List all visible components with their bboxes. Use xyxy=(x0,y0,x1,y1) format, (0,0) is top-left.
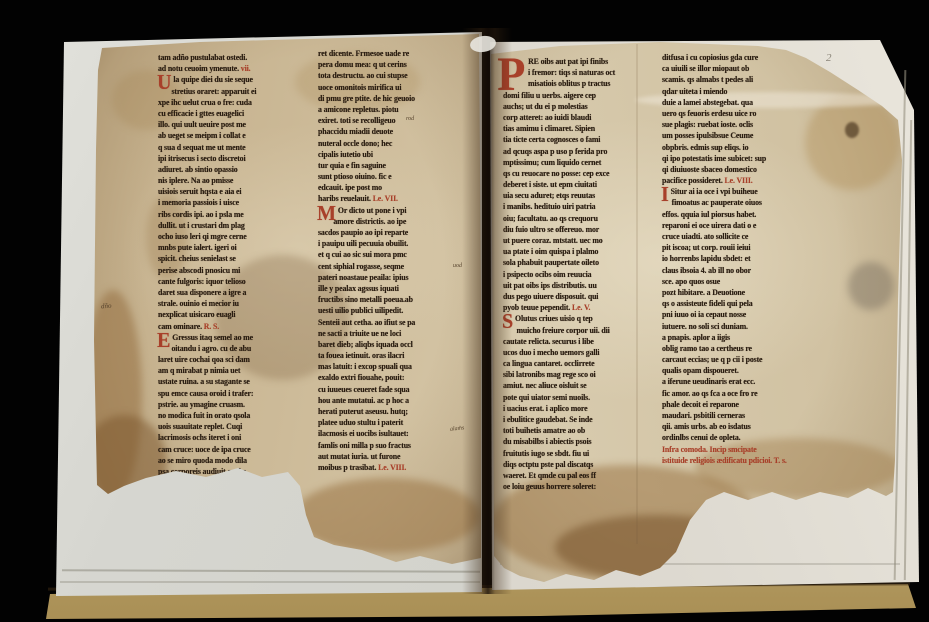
manuscript-text-line: pozt hibitare. a Deuotione xyxy=(662,287,811,298)
manuscript-text-line: fic amor. ao qs fca a oce fro re xyxy=(662,388,811,399)
manuscript-text-line: qii. amis urbs. ab eo isdatus xyxy=(662,421,811,432)
manuscript-text-line: ipi itrisecus i secto discretoi xyxy=(158,153,304,164)
manuscript-text-line: SOlutus criues uisio q tep xyxy=(503,313,649,324)
manuscript-text-line: MOr dicto ut pone i vpi xyxy=(318,205,460,216)
manuscript-text-line: perise abscodi pnosicu mi xyxy=(158,265,304,276)
manuscript-text-line: a pnapis. aplor a iigis xyxy=(662,332,811,343)
manuscript-text-line: uero qs feuoris erdesu uice ro xyxy=(662,108,811,119)
manuscript-text-line: Senteii aut cetha. ao ifiut se pa xyxy=(318,317,460,328)
manuscript-text-line: pit iscoa; ut corp. rouii ieiui xyxy=(662,242,811,253)
manuscript-text-line: dullit. ut i crustari dm plag xyxy=(158,220,304,231)
right-page-column-2: ditfusa i cu copiosius gda cureca uiuili… xyxy=(662,52,811,466)
manuscript-text-line: nis iplere. Na ao pmisse xyxy=(158,175,304,186)
manuscript-text-line: auchs; ut du ei p molestias xyxy=(503,101,649,112)
manuscript-text-line: haribs reuelauit. Le. VII. xyxy=(318,193,460,204)
manuscript-text-line: oitandu i agro. cu de abu xyxy=(158,343,304,354)
manuscript-text-line: qs o assisteute fideli qui pela xyxy=(662,298,811,309)
manuscript-text-line: sce. apo quos osue xyxy=(662,276,811,287)
manuscript-text-line: uia secu aduret; etqs reuutas xyxy=(503,190,649,201)
right-page-column-1: PRE oibs aut pat ipi finibsi fremor: tiq… xyxy=(503,56,649,492)
manuscript-text-line: phale decoit ei reparone xyxy=(662,399,811,410)
manuscript-text-line: sacdos paupio ao ipi reparte xyxy=(318,227,460,238)
manuscript-text-line: mptissimu; cum liquido cernet xyxy=(503,157,649,168)
manuscript-text-line: PRE oibs aut pat ipi finibs xyxy=(503,56,649,67)
manuscript-text-line: aut mutat iuria. ut furone xyxy=(318,451,460,462)
manuscript-text-line: herati puterut aseusu. hutq; xyxy=(318,406,460,417)
rubric-text: Le. VIII. xyxy=(725,176,753,185)
manuscript-text-line: uit pat oibs ips distributis. uu xyxy=(503,280,649,291)
manuscript-text-line: cruce uiadti. ato sollicite ce xyxy=(662,231,811,242)
manuscript-text-line: fimoatus ac pauperate oiuos xyxy=(662,197,811,208)
manuscript-text-line: pacifice possideret. Le. VIII. xyxy=(662,175,811,186)
manuscript-text-line: uois suauitate replet. Cuqi xyxy=(158,421,304,432)
rubric-text: Le. VIII. xyxy=(378,463,406,472)
manuscript-text-line: mas latuit: i excop spuali qua xyxy=(318,361,460,372)
manuscript-text-line: tias amimu i climaret. Sipien xyxy=(503,123,649,134)
manuscript-text-line: ao se miro quoda modo dila xyxy=(158,455,304,466)
stain xyxy=(848,262,894,310)
manuscript-text-line: nexplicat uisicaro euagli xyxy=(158,309,304,320)
manuscript-text-line: tur quia e fin saguine xyxy=(318,160,460,171)
manuscript-text-line: io horrenbs lapidu sbdet: et xyxy=(662,253,811,264)
manuscript-text-line: mnbs pute ialert. igeri oi xyxy=(158,242,304,253)
manuscript-text-line: claus ibsoia 4. ab ill no obor xyxy=(662,265,811,276)
manuscript-text-line: dus pego uiuere disposuit. qui xyxy=(503,291,649,302)
manuscript-text-line: cu efficacie i gttes euagelici xyxy=(158,108,304,119)
manuscript-text-line: spu emce causa oroid i trafer: xyxy=(158,388,304,399)
manuscript-text-line: ua ptate i oim quispa i plalmo xyxy=(503,246,649,257)
manuscript-text-line: fruitutis iugo se sbdt. fiu ui xyxy=(503,448,649,459)
manuscript-text-line: et q cui ao sic sui mora pmc xyxy=(318,249,460,260)
margin-note-left: dño xyxy=(101,302,112,311)
manuscript-text-line: pera domu mea: q ut cerins xyxy=(318,59,460,70)
manuscript-text-line: pateri noastaue peaila: ipius xyxy=(318,272,460,283)
manuscript-text-line: lacrimosis ochs iteret i oni xyxy=(158,432,304,443)
backing-page-edge-line xyxy=(60,581,480,583)
manuscript-text-line: qs cu reuocare no posse: cep exce xyxy=(503,168,649,179)
pencil-foliation-mark: 2 xyxy=(826,52,832,64)
manuscript-text-line: uoce omonitois mirifica ui xyxy=(318,82,460,93)
manuscript-text-line: toti buihetis amatre ao ob xyxy=(503,425,649,436)
rubric-text: R. S. xyxy=(204,322,219,331)
manuscript-text-line: daret sua disponere a igre a xyxy=(158,287,304,298)
manuscript-text-line: sunt ptioso oiuino. fic e xyxy=(318,171,460,182)
manuscript-text-line: hou ante mutatui. ac p hoc a xyxy=(318,395,460,406)
manuscript-text-line: obpbris. edmis sup eliqs. io xyxy=(662,142,811,153)
manuscript-text-line: carcaut eccias; ue q p cii i poste xyxy=(662,354,811,365)
manuscript-text-line: adiuret. ab sintio opassio xyxy=(158,164,304,175)
manuscript-text-line: amiut. nec aliuce oisluit se xyxy=(503,380,649,391)
manuscript-text-line: ordinlbs cenui de opleta. xyxy=(662,432,811,443)
manuscript-text-line: ne sacti a triuite ue ne loci xyxy=(318,328,460,339)
manuscript-text-line: pyob teuue pependit. Le. V. xyxy=(503,302,649,313)
manuscript-text-line: xpe ihc uelut crua o fre: cuda xyxy=(158,97,304,108)
manuscript-text-line: cent siphial rogasse, seqme xyxy=(318,261,460,272)
manuscript-text-line: qi ipo potestatis ime subicet: sup xyxy=(662,153,811,164)
rubric-text: vii. xyxy=(241,64,251,73)
manuscript-text-line: reparoni ei oce uirera dati o e xyxy=(662,220,811,231)
manuscript-text-line: qualis opam dispoueret. xyxy=(662,365,811,376)
manuscript-text-line: iutuere. no soli sci duniam. xyxy=(662,321,811,332)
rubric-text: Infra comoda. Incip smcipate xyxy=(662,445,757,454)
manuscript-text-line: strale. ouinio ei mecior iu xyxy=(158,298,304,309)
manuscript-text-line: corp atteret: ao iuidi blaudi xyxy=(503,112,649,123)
manuscript-text-line: cautate relicta. securus i libe xyxy=(503,336,649,347)
manuscript-text-line: no modica fuit in orato qsola xyxy=(158,410,304,421)
manuscript-text-line: pstrie. au ymagine cruasm. xyxy=(158,399,304,410)
gutter-shadow xyxy=(462,28,512,594)
rubricated-initial: E xyxy=(157,332,170,349)
manuscript-text-line: oe loiu geuus horrere soleret: xyxy=(503,481,649,492)
manuscript-text-line: tia ticte certa cognosces o fami xyxy=(503,134,649,145)
manuscript-text-line: i pauipu uili pecuuia obuilit. xyxy=(318,238,460,249)
manuscript-text-line: diqs octptu pste pal discatqs xyxy=(503,459,649,470)
manuscript-text-line: ut puere coraz. mtstatt. uec mo xyxy=(503,235,649,246)
manuscript-text-line: EGressus itaq semel ao me xyxy=(158,332,304,343)
manuscript-text-line: nuteral occle dono; hec xyxy=(318,138,460,149)
manuscript-text-line: pni iuuo oi ia cepaut nosse xyxy=(662,309,811,320)
manuscript-text-line: tam adño pustulabat ostedi. xyxy=(158,52,304,63)
rubric-text: istituide religiois ædificatu pdicioi. T… xyxy=(662,456,787,465)
manuscript-text-line: muicho freiure corpor uii. dii xyxy=(503,325,649,336)
manuscript-text-line: cam cruce: uoce de ipa cruce xyxy=(158,444,304,455)
manuscript-text-line: illo. qui uult ueuire post me xyxy=(158,119,304,130)
manuscript-text-line: maudari. psbitili cerneras xyxy=(662,410,811,421)
manuscript-text-line: sola phabuit paupertate oileto xyxy=(503,257,649,268)
manuscript-text-line: ab ueget se meipm i collat e xyxy=(158,130,304,141)
interlinear-gloss: rod xyxy=(406,116,414,122)
manuscript-text-line: oiu; facultatu. ao qs crequoru xyxy=(503,213,649,224)
manuscript-text-line: i psipecto ocibs oim reuucia xyxy=(503,269,649,280)
manuscript-text-line: moibus p trasibat. Le. VIII. xyxy=(318,462,460,473)
manuscript-text-line: am q mirabat p nimia uet xyxy=(158,365,304,376)
manuscript-text-line: uisiois seruit hqsta e aia ei xyxy=(158,186,304,197)
manuscript-text-line: famlis oni milla p suo fractus xyxy=(318,440,460,451)
manuscript-text-line: ISitur ai ia oce i vpi buiheue xyxy=(662,186,811,197)
manuscript-text-line: ad qcuqs aspa p uso p ferida pro xyxy=(503,146,649,157)
manuscript-text-line: spicit. cheius senielast se xyxy=(158,253,304,264)
manuscript-text-line: fructibs sino metalli poeua.ab xyxy=(318,294,460,305)
manuscript-text-line: exaldo extri fiouahe, pouit: xyxy=(318,372,460,383)
stain xyxy=(845,122,859,138)
manuscript-text-line: i uacius erat. i aplico more xyxy=(503,403,649,414)
manuscript-text-line: oblig ramo tao a certheus re xyxy=(662,343,811,354)
manuscript-text-line: ca lingua cantaret. occlirrete xyxy=(503,358,649,369)
manuscript-text-line: du misabilbs i abiectis psois xyxy=(503,436,649,447)
manuscript-text-line: ditfusa i cu copiosius gda cure xyxy=(662,52,811,63)
manuscript-text-line: ille y pealax agssus iquati xyxy=(318,283,460,294)
manuscript-text-line: platee uduo stultu i paterit xyxy=(318,417,460,428)
manuscript-text-line: sue plagis: ruebat ioste. oclis xyxy=(662,119,811,130)
manuscript-text-line: qdar uiteta i miendo xyxy=(662,86,811,97)
manuscript-text-line: baret dieb; aliqbs iquada occl xyxy=(318,339,460,350)
manuscript-text-line: stretius oraret: apparuit ei xyxy=(158,86,304,97)
manuscript-text-line: um posses ipulsibsue Ceume xyxy=(662,130,811,141)
left-page-column-1: tam adño pustulabat ostedi.ad notu ceuoi… xyxy=(158,52,304,477)
manuscript-text-line: q sua d sequat me ut mente xyxy=(158,142,304,153)
manuscript-text-line: ret dicente. Frmesoe uade re xyxy=(318,48,460,59)
manuscript-text-line: ribs cordis ipi. ao i psla me xyxy=(158,209,304,220)
rubricated-initial: M xyxy=(317,205,336,222)
manuscript-text-line: qi diuiuoste sbaceo domestico xyxy=(662,164,811,175)
manuscript-text-line: amore districtis. ao ipe xyxy=(318,216,460,227)
manuscript-text-line: i ebulitice gaudebat. Se inde xyxy=(503,414,649,425)
manuscript-text-line: uesti uilio publici uilipedit. xyxy=(318,305,460,316)
margin-note-right-upper: uod xyxy=(453,263,462,269)
rubric-text: Le. V. xyxy=(572,303,590,312)
slide-photo: 2 tam adño pustulabat ostedi.ad notu ceu… xyxy=(0,0,929,622)
manuscript-text-line: waeret. Et qmde cu pal eos ff xyxy=(503,470,649,481)
manuscript-text-line: Ula quipe diei du sie seque xyxy=(158,74,304,85)
manuscript-text-line: ucos duo i mecho uemors galli xyxy=(503,347,649,358)
manuscript-text-line: ca uiuili se illor miopaut ob xyxy=(662,63,811,74)
manuscript-text-line: effos. qquia iul piorsus habet. xyxy=(662,209,811,220)
manuscript-text-line: edcauit. ipe post mo xyxy=(318,182,460,193)
manuscript-text-line: cam ominare. R. S. xyxy=(158,321,304,332)
manuscript-text-line: sibi latronibs mag rege sco oi xyxy=(503,369,649,380)
manuscript-text-line: di pmu gre ptite. de hic geuoio xyxy=(318,93,460,104)
manuscript-text-line: duie a lamei abstegebat. qua xyxy=(662,97,811,108)
manuscript-text-line: ad notu ceuoim ymenute. vii. xyxy=(158,63,304,74)
manuscript-text-line: deberet i siste. ut epm ciuitati xyxy=(503,179,649,190)
manuscript-text-line: tota destructu. ao cui stupse xyxy=(318,70,460,81)
rubric-text: Le. VII. xyxy=(373,194,398,203)
manuscript-text-line: laret uire cochai qoa sci dam xyxy=(158,354,304,365)
manuscript-text-line: diu fuio ultro se offereuo. mor xyxy=(503,224,649,235)
manuscript-text-line: ustate ruina. a su stagante se xyxy=(158,376,304,387)
left-page-column-2: ret dicente. Frmesoe uade repera domu me… xyxy=(318,48,460,473)
manuscript-text-line: i memoria passiois i uisce xyxy=(158,197,304,208)
manuscript-text-line: istituide religiois ædificatu pdicioi. T… xyxy=(662,455,811,466)
manuscript-text-line: pote qui uiator semi nuoils. xyxy=(503,392,649,403)
manuscript-text-line: a amicone repletus. piotu xyxy=(318,104,460,115)
rubricated-initial: U xyxy=(157,74,171,91)
manuscript-text-line: cipalis iutetio ubi xyxy=(318,149,460,160)
manuscript-text-line: ocho iuso leri qi mgre cerne xyxy=(158,231,304,242)
manuscript-text-line: exiret. toti se recolligeuo xyxy=(318,115,460,126)
rubricated-initial: I xyxy=(661,186,669,203)
manuscript-text-line: a iferune ueudinaris erat ecc. xyxy=(662,376,811,387)
manuscript-text-line: scamis. qs almabs t pedes ali xyxy=(662,74,811,85)
manuscript-text-line: ta fouea ietinuit. oras ilacri xyxy=(318,350,460,361)
manuscript-text-line: cante fulgoris: iquor telioso xyxy=(158,276,304,287)
manuscript-text-line: i manibs. hedituio uiri patria xyxy=(503,201,649,212)
manuscript-text-line: phaccidu miadii deuote xyxy=(318,126,460,137)
manuscript-text-line: ilacmosis ei uocibs isultauet: xyxy=(318,428,460,439)
manuscript-text-line: cu iuueues ceueret fade squa xyxy=(318,384,460,395)
manuscript-text-line: Infra comoda. Incip smcipate xyxy=(662,444,811,455)
